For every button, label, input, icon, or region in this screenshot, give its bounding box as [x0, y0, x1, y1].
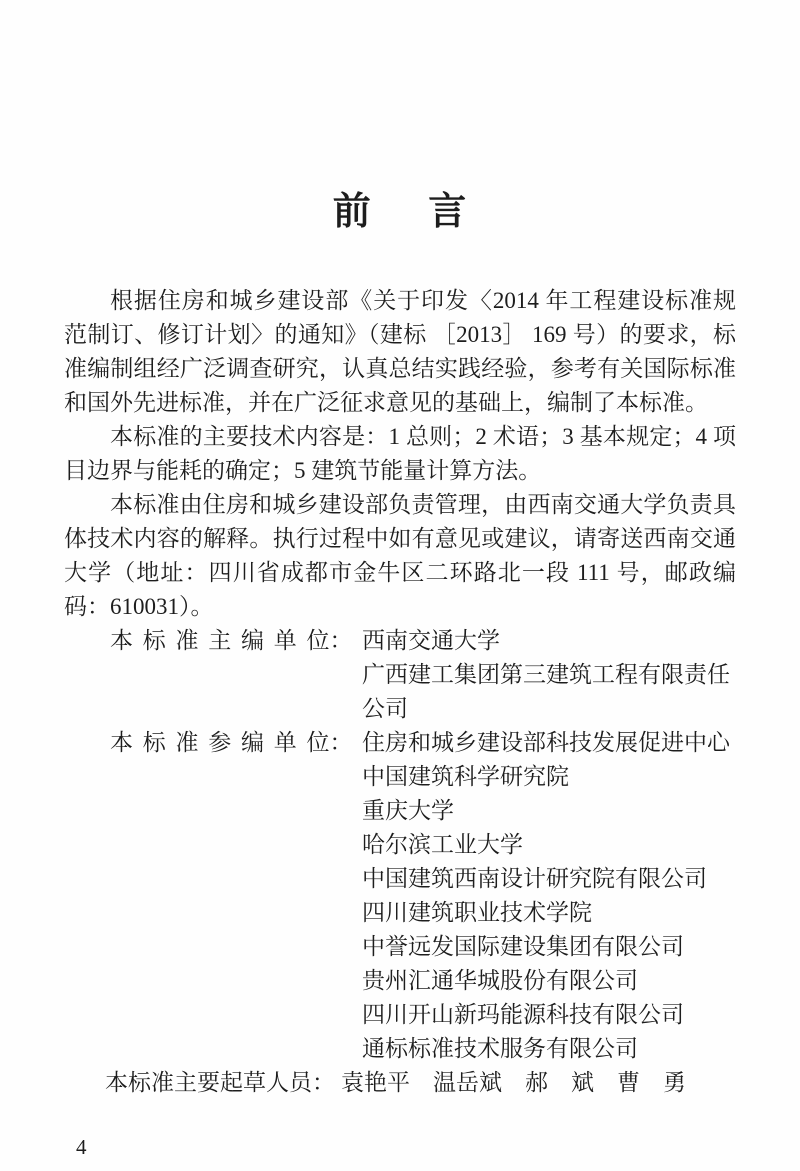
participating-units-row: 本 标 准 参 编 单 位： 住房和城乡建设部科技发展促进中心 中国建筑科学研究…	[64, 726, 736, 1066]
unit-item: 四川建筑职业技术学院	[362, 896, 736, 930]
unit-item: 中国建筑西南设计研究院有限公司	[362, 862, 736, 896]
unit-item: 中国建筑科学研究院	[362, 760, 736, 794]
unit-item: 哈尔滨工业大学	[362, 828, 736, 862]
document-page: 前 言 根据住房和城乡建设部《关于印发〈2014 年工程建设标准规范制订、修订计…	[0, 0, 800, 1171]
unit-item: 四川开山新玛能源科技有限公司	[362, 998, 736, 1032]
chief-editor-unit-label: 本 标 准 主 编 单 位：	[110, 624, 353, 658]
page-content: 前 言 根据住房和城乡建设部《关于印发〈2014 年工程建设标准规范制订、修订计…	[0, 190, 800, 1100]
paragraph-management: 本标准由住房和城乡建设部负责管理，由西南交通大学负责具体技术内容的解释。执行过程…	[64, 488, 736, 624]
unit-item: 住房和城乡建设部科技发展促进中心	[362, 726, 736, 760]
drafters-names: 袁艳平 温岳斌 郝 斌 曹 勇	[341, 1070, 686, 1095]
paragraph-contents: 本标准的主要技术内容是：1 总则；2 术语；3 基本规定；4 项目边界与能耗的确…	[64, 420, 736, 488]
participating-units-items: 住房和城乡建设部科技发展促进中心 中国建筑科学研究院 重庆大学 哈尔滨工业大学 …	[362, 726, 736, 1066]
chief-editor-unit-row: 本 标 准 主 编 单 位： 西南交通大学 广西建工集团第三建筑工程有限责任公司	[64, 624, 736, 726]
page-number: 4	[76, 1134, 87, 1160]
unit-item: 西南交通大学	[362, 624, 736, 658]
unit-item: 通标标准技术服务有限公司	[362, 1032, 736, 1066]
paragraph-basis: 根据住房和城乡建设部《关于印发〈2014 年工程建设标准规范制订、修订计划〉的通…	[64, 284, 736, 420]
unit-item: 重庆大学	[362, 794, 736, 828]
chief-editor-unit-items: 西南交通大学 广西建工集团第三建筑工程有限责任公司	[362, 624, 736, 726]
page-title: 前 言	[64, 190, 736, 234]
participating-units-label: 本 标 准 参 编 单 位：	[110, 726, 353, 760]
unit-item: 贵州汇通华城股份有限公司	[362, 964, 736, 998]
drafters-row: 本标准主要起草人员：袁艳平 温岳斌 郝 斌 曹 勇	[64, 1066, 736, 1100]
unit-item: 广西建工集团第三建筑工程有限责任公司	[362, 658, 736, 726]
unit-item: 中誉远发国际建设集团有限公司	[362, 930, 736, 964]
drafters-label: 本标准主要起草人员：	[105, 1070, 335, 1095]
